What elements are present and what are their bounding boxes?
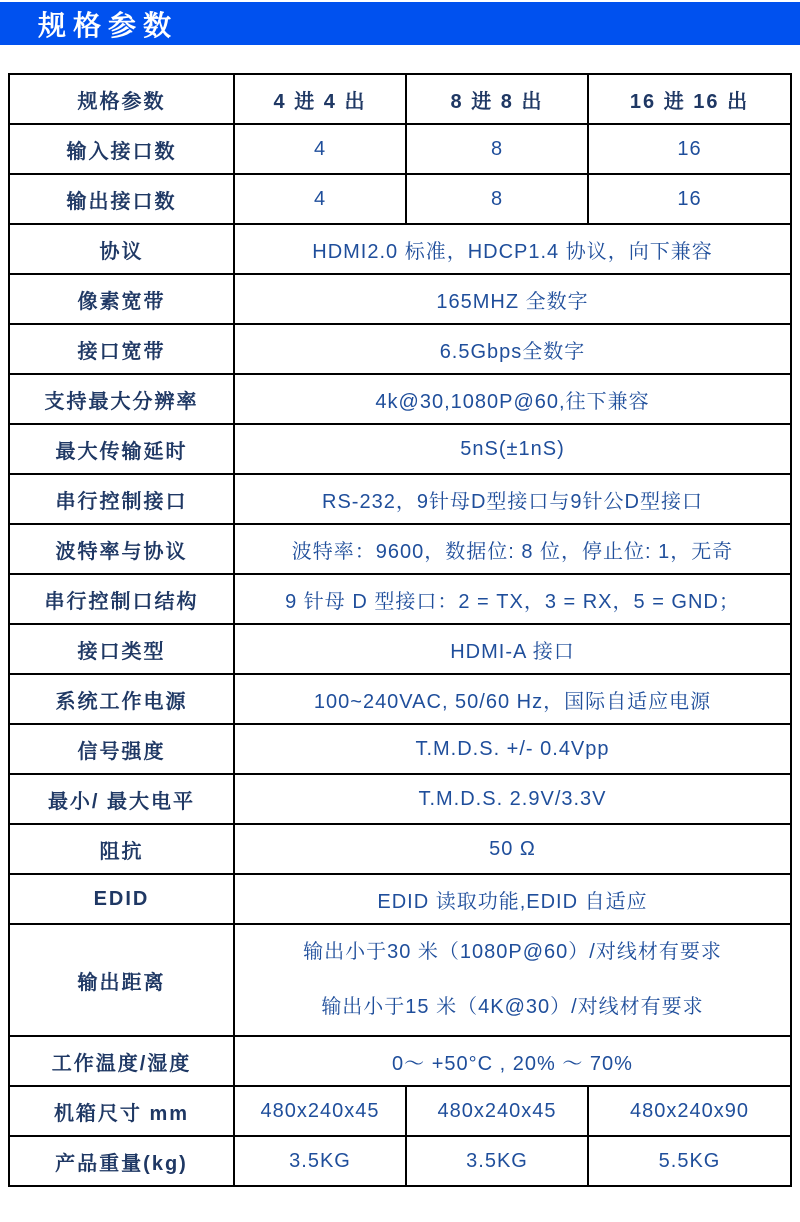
spec-row: 产品重量(kg)3.5KG3.5KG5.5KG [9, 1136, 791, 1186]
spec-row: 输出接口数4816 [9, 174, 791, 224]
row-value: T.M.D.S. +/- 0.4Vpp [234, 724, 791, 774]
spec-row: EDIDEDID 读取功能,EDID 自适应 [9, 874, 791, 924]
row-label: 输出接口数 [9, 174, 234, 224]
spec-row: 最大传输延时5nS(±1nS) [9, 424, 791, 474]
page-title: 规格参数 [0, 4, 178, 44]
row-value: HDMI2.0 标准，HDCP1.4 协议，向下兼容 [234, 224, 791, 274]
row-value-line: 输出小于15 米（4K@30）/对线材有要求 [239, 980, 786, 1035]
spec-row: 波特率与协议波特率：9600，数据位: 8 位，停止位: 1，无奇 [9, 524, 791, 574]
row-value: RS-232，9针母D型接口与9针公D型接口 [234, 474, 791, 524]
row-value: 100~240VAC, 50/60 Hz，国际自适应电源 [234, 674, 791, 724]
spec-row: 输出距离输出小于30 米（1080P@60）/对线材有要求输出小于15 米（4K… [9, 924, 791, 1036]
row-label: 像素宽带 [9, 274, 234, 324]
row-value: 4k@30,1080P@60,往下兼容 [234, 374, 791, 424]
row-value: 5.5KG [588, 1136, 791, 1186]
row-value: 16 [588, 124, 791, 174]
row-value: 8 [406, 124, 588, 174]
section-banner: 规格参数 [0, 2, 800, 45]
row-value: 8 [406, 174, 588, 224]
row-label: 接口宽带 [9, 324, 234, 374]
row-label: 产品重量(kg) [9, 1136, 234, 1186]
row-value: 480x240x90 [588, 1086, 791, 1136]
spec-row: 输入接口数4816 [9, 124, 791, 174]
row-value: HDMI-A 接口 [234, 624, 791, 674]
row-value-line: 输出小于30 米（1080P@60）/对线材有要求 [239, 925, 786, 980]
row-label: 机箱尺寸 mm [9, 1086, 234, 1136]
row-label: 接口类型 [9, 624, 234, 674]
row-value: 0～ +50°C , 20% ～ 70% [234, 1036, 791, 1086]
row-value: 3.5KG [406, 1136, 588, 1186]
spec-table-header-row: 规格参数4 进 4 出8 进 8 出16 进 16 出 [9, 74, 791, 124]
row-value: 165MHZ 全数字 [234, 274, 791, 324]
row-label: 输出距离 [9, 924, 234, 1036]
spec-row: 工作温度/湿度0～ +50°C , 20% ～ 70% [9, 1036, 791, 1086]
spec-row: 信号强度T.M.D.S. +/- 0.4Vpp [9, 724, 791, 774]
row-label: 阻抗 [9, 824, 234, 874]
row-value: 9 针母 D 型接口：2 = TX，3 = RX，5 = GND； [234, 574, 791, 624]
row-value: 50 Ω [234, 824, 791, 874]
row-value: 3.5KG [234, 1136, 406, 1186]
row-label: 波特率与协议 [9, 524, 234, 574]
row-label: 最大传输延时 [9, 424, 234, 474]
spec-row: 像素宽带165MHZ 全数字 [9, 274, 791, 324]
spec-table: 规格参数4 进 4 出8 进 8 出16 进 16 出 输入接口数4816输出接… [8, 73, 792, 1187]
row-label: 输入接口数 [9, 124, 234, 174]
spec-table-body: 输入接口数4816输出接口数4816协议HDMI2.0 标准，HDCP1.4 协… [9, 124, 791, 1186]
row-value: EDID 读取功能,EDID 自适应 [234, 874, 791, 924]
row-label: 工作温度/湿度 [9, 1036, 234, 1086]
spec-row: 系统工作电源100~240VAC, 50/60 Hz，国际自适应电源 [9, 674, 791, 724]
row-value: 480x240x45 [406, 1086, 588, 1136]
column-header: 4 进 4 出 [234, 74, 406, 124]
spec-row: 阻抗50 Ω [9, 824, 791, 874]
spec-row: 串行控制口结构9 针母 D 型接口：2 = TX，3 = RX，5 = GND； [9, 574, 791, 624]
spec-row: 支持最大分辨率4k@30,1080P@60,往下兼容 [9, 374, 791, 424]
row-label: EDID [9, 874, 234, 924]
row-label: 信号强度 [9, 724, 234, 774]
row-label: 串行控制接口 [9, 474, 234, 524]
row-label: 最小/ 最大电平 [9, 774, 234, 824]
row-value: 输出小于30 米（1080P@60）/对线材有要求输出小于15 米（4K@30）… [234, 924, 791, 1036]
spec-row: 最小/ 最大电平T.M.D.S. 2.9V/3.3V [9, 774, 791, 824]
spec-row: 接口类型HDMI-A 接口 [9, 624, 791, 674]
spec-row: 协议HDMI2.0 标准，HDCP1.4 协议，向下兼容 [9, 224, 791, 274]
row-value: 480x240x45 [234, 1086, 406, 1136]
row-value: T.M.D.S. 2.9V/3.3V [234, 774, 791, 824]
column-header: 16 进 16 出 [588, 74, 791, 124]
row-value: 4 [234, 124, 406, 174]
spec-row: 机箱尺寸 mm480x240x45480x240x45480x240x90 [9, 1086, 791, 1136]
spec-row: 接口宽带6.5Gbps全数字 [9, 324, 791, 374]
row-label: 协议 [9, 224, 234, 274]
row-value: 16 [588, 174, 791, 224]
row-value: 5nS(±1nS) [234, 424, 791, 474]
spec-row: 串行控制接口RS-232，9针母D型接口与9针公D型接口 [9, 474, 791, 524]
row-value: 4 [234, 174, 406, 224]
column-header: 规格参数 [9, 74, 234, 124]
row-label: 支持最大分辨率 [9, 374, 234, 424]
row-label: 串行控制口结构 [9, 574, 234, 624]
column-header: 8 进 8 出 [406, 74, 588, 124]
row-value: 6.5Gbps全数字 [234, 324, 791, 374]
row-label: 系统工作电源 [9, 674, 234, 724]
row-value: 波特率：9600，数据位: 8 位，停止位: 1，无奇 [234, 524, 791, 574]
